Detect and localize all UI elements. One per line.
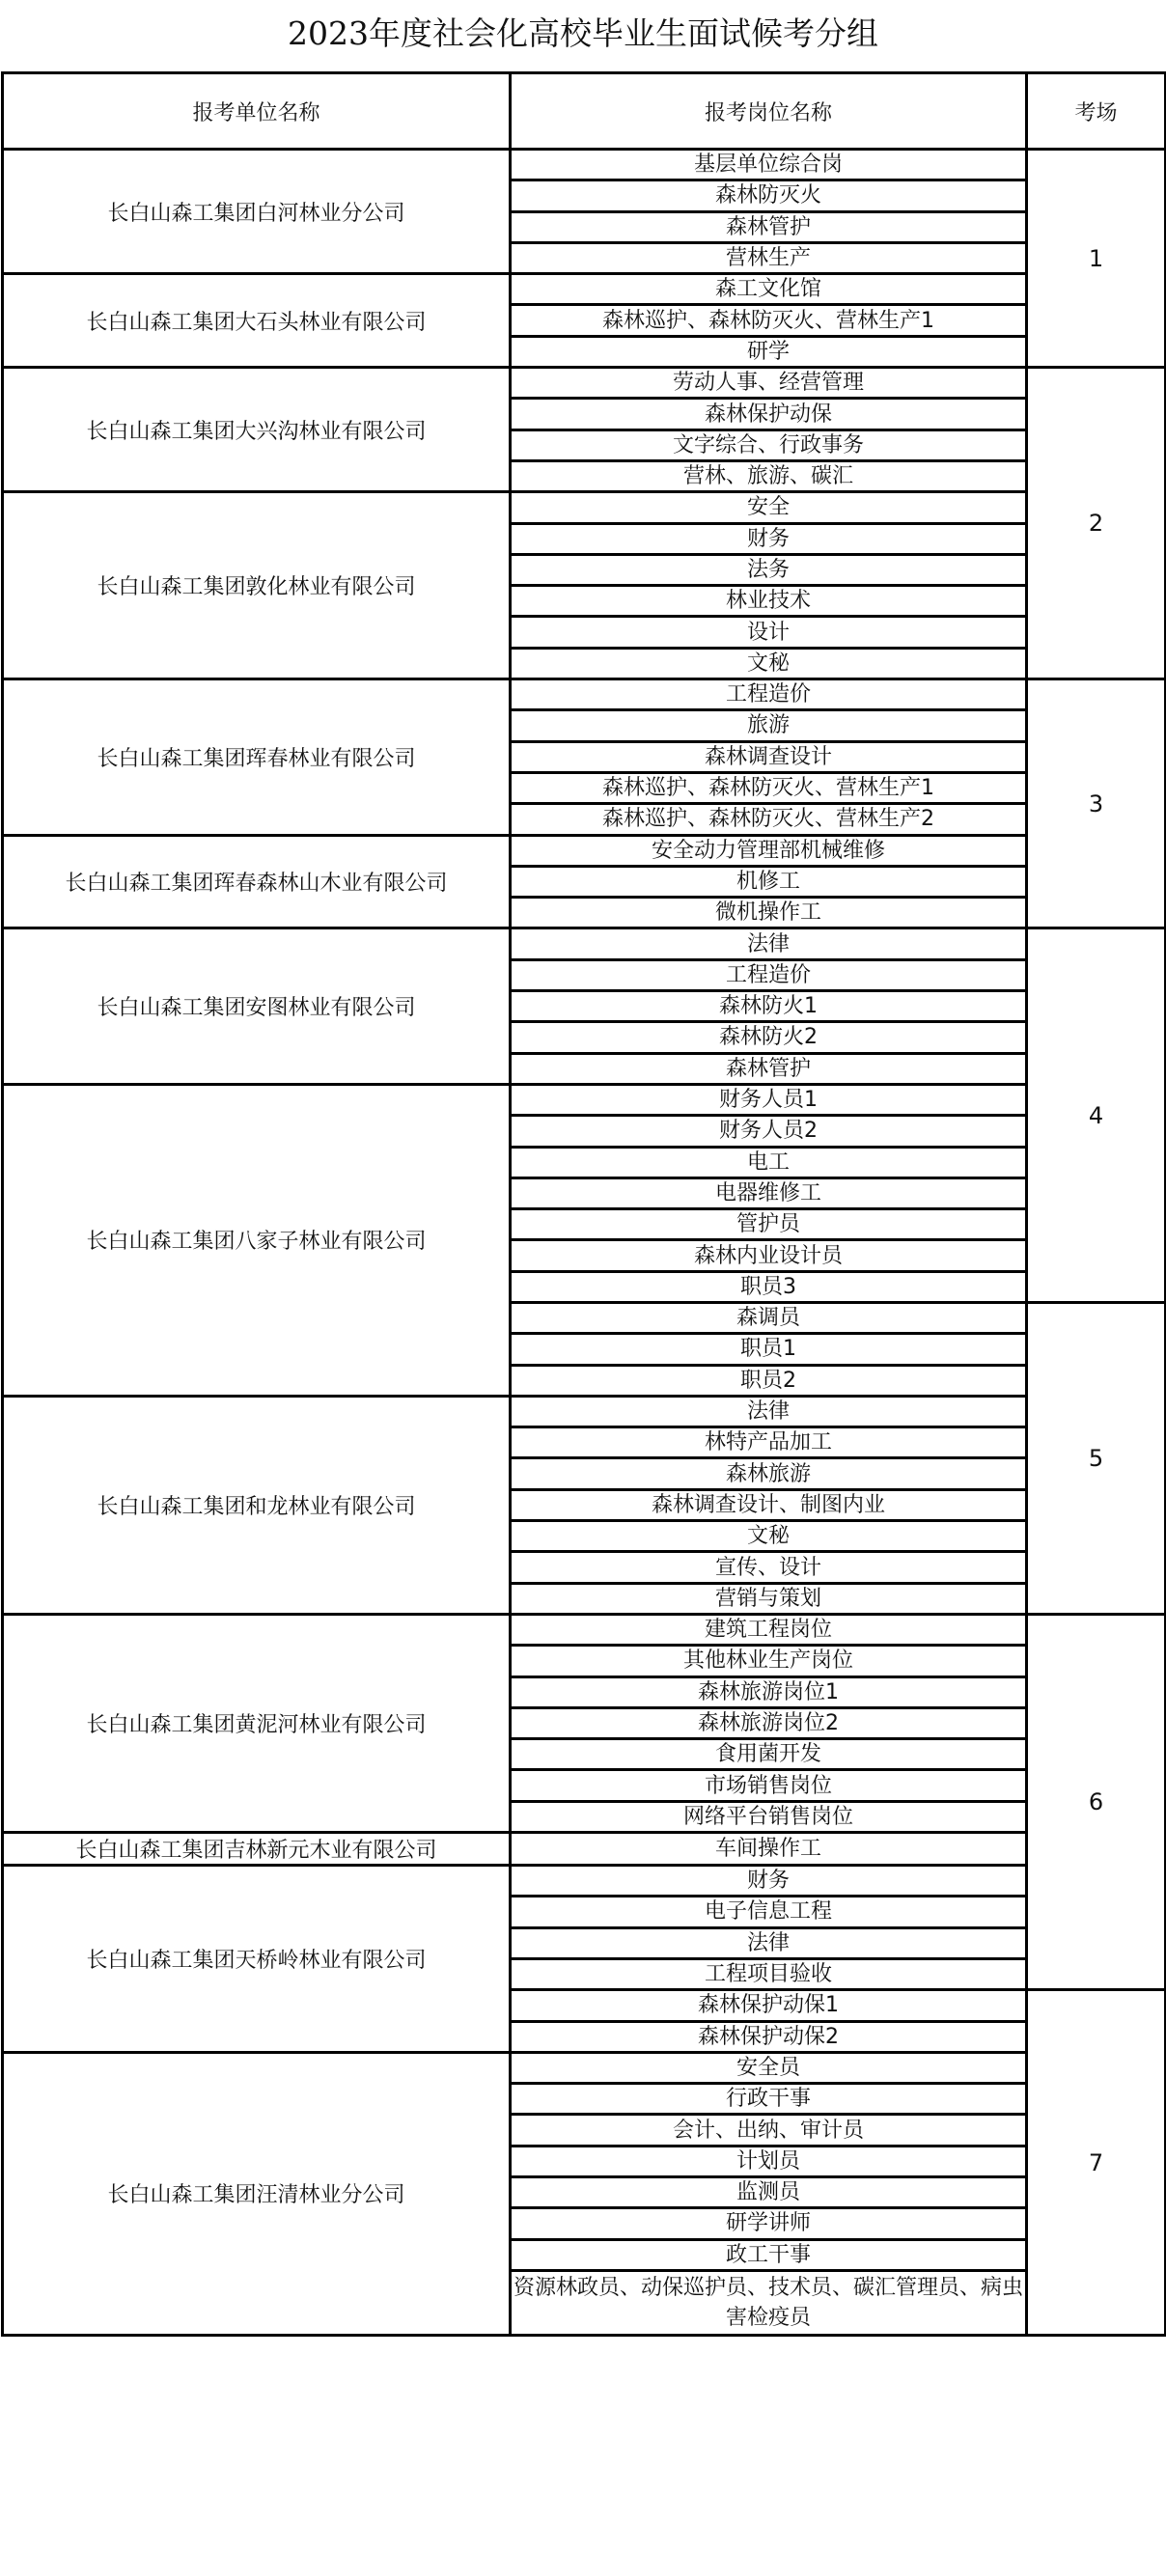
position-name-cell: 安全员 xyxy=(511,2052,1027,2083)
table-row: 长白山森工集团大兴沟林业有限公司劳动人事、经营管理2 xyxy=(3,368,1166,399)
position-name-cell: 森林巡护、森林防灭火、营林生产1 xyxy=(511,305,1027,336)
position-name-cell: 宣传、设计 xyxy=(511,1552,1027,1583)
position-name-cell: 营林、旅游、碳汇 xyxy=(511,460,1027,491)
position-name-cell: 研学 xyxy=(511,336,1027,367)
header-unit: 报考单位名称 xyxy=(3,73,511,150)
unit-name-cell: 长白山森工集团敦化林业有限公司 xyxy=(3,492,511,679)
unit-name-cell: 长白山森工集团汪清林业分公司 xyxy=(3,2052,511,2335)
unit-name-cell: 长白山森工集团安图林业有限公司 xyxy=(3,928,511,1084)
position-name-cell: 会计、出纳、审计员 xyxy=(511,2115,1027,2146)
position-name-cell: 其他林业生产岗位 xyxy=(511,1646,1027,1676)
position-name-cell: 工程项目验收 xyxy=(511,1958,1027,1989)
position-name-cell: 文秘 xyxy=(511,1521,1027,1552)
position-name-cell: 电工 xyxy=(511,1147,1027,1177)
position-name-cell: 森林巡护、森林防灭火、营林生产2 xyxy=(511,804,1027,835)
exam-room-cell: 5 xyxy=(1027,1302,1166,1614)
position-name-cell: 森林防灭火 xyxy=(511,180,1027,211)
position-name-cell: 建筑工程岗位 xyxy=(511,1614,1027,1645)
position-name-cell: 机修工 xyxy=(511,866,1027,897)
position-name-cell: 森林巡护、森林防灭火、营林生产1 xyxy=(511,772,1027,803)
position-name-cell: 职员3 xyxy=(511,1271,1027,1302)
position-name-cell: 森林调查设计、制图内业 xyxy=(511,1489,1027,1520)
position-name-cell: 法律 xyxy=(511,1396,1027,1426)
position-name-cell: 森林旅游岗位1 xyxy=(511,1676,1027,1707)
unit-name-cell: 长白山森工集团和龙林业有限公司 xyxy=(3,1396,511,1614)
position-name-cell: 财务人员2 xyxy=(511,1116,1027,1147)
position-name-cell: 食用菌开发 xyxy=(511,1739,1027,1770)
position-name-cell: 林特产品加工 xyxy=(511,1427,1027,1458)
position-name-cell: 工程造价 xyxy=(511,959,1027,990)
exam-group-table: 报考单位名称 报考岗位名称 考场 长白山森工集团白河林业分公司基层单位综合岗1森… xyxy=(1,71,1166,2337)
header-row: 报考单位名称 报考岗位名称 考场 xyxy=(3,73,1166,150)
position-name-cell: 网络平台销售岗位 xyxy=(511,1801,1027,1832)
position-name-cell: 林业技术 xyxy=(511,586,1027,617)
position-name-cell: 文秘 xyxy=(511,648,1027,679)
table-row: 长白山森工集团天桥岭林业有限公司财务 xyxy=(3,1866,1166,1897)
unit-name-cell: 长白山森工集团吉林新元木业有限公司 xyxy=(3,1833,511,1866)
position-name-cell: 森林保护动保 xyxy=(511,399,1027,429)
position-name-cell: 市场销售岗位 xyxy=(511,1770,1027,1801)
position-name-cell: 法律 xyxy=(511,1927,1027,1958)
position-name-cell: 职员2 xyxy=(511,1365,1027,1396)
position-name-cell: 营销与策划 xyxy=(511,1583,1027,1614)
position-name-cell: 设计 xyxy=(511,617,1027,648)
table-row: 长白山森工集团和龙林业有限公司法律 xyxy=(3,1396,1166,1426)
position-name-cell: 文字综合、行政事务 xyxy=(511,429,1027,460)
unit-name-cell: 长白山森工集团白河林业分公司 xyxy=(3,150,511,274)
position-name-cell: 安全动力管理部机械维修 xyxy=(511,835,1027,866)
position-name-cell: 计划员 xyxy=(511,2146,1027,2176)
position-name-cell: 劳动人事、经营管理 xyxy=(511,368,1027,399)
position-name-cell: 森林防火2 xyxy=(511,1022,1027,1053)
position-name-cell: 微机操作工 xyxy=(511,898,1027,928)
position-name-cell: 资源林政员、动保巡护员、技术员、碳汇管理员、病虫害检疫员 xyxy=(511,2270,1027,2335)
exam-room-cell: 6 xyxy=(1027,1614,1166,1989)
position-name-cell: 基层单位综合岗 xyxy=(511,150,1027,180)
exam-room-cell: 1 xyxy=(1027,150,1166,368)
position-name-cell: 森林内业设计员 xyxy=(511,1240,1027,1271)
exam-room-cell: 7 xyxy=(1027,1990,1166,2336)
table-row: 长白山森工集团汪清林业分公司安全员 xyxy=(3,2052,1166,2083)
table-row: 长白山森工集团大石头林业有限公司森工文化馆 xyxy=(3,274,1166,305)
unit-name-cell: 长白山森工集团黄泥河林业有限公司 xyxy=(3,1614,511,1832)
table-row: 长白山森工集团安图林业有限公司法律4 xyxy=(3,928,1166,959)
position-name-cell: 安全 xyxy=(511,492,1027,523)
table-row: 长白山森工集团白河林业分公司基层单位综合岗1 xyxy=(3,150,1166,180)
position-name-cell: 森工文化馆 xyxy=(511,274,1027,305)
position-name-cell: 法律 xyxy=(511,928,1027,959)
unit-name-cell: 长白山森工集团天桥岭林业有限公司 xyxy=(3,1866,511,2053)
document-title: 2023年度社会化高校毕业生面试候考分组 xyxy=(0,8,1166,60)
position-name-cell: 车间操作工 xyxy=(511,1833,1027,1866)
position-name-cell: 财务 xyxy=(511,1866,1027,1897)
position-name-cell: 营林生产 xyxy=(511,242,1027,273)
position-name-cell: 研学讲师 xyxy=(511,2208,1027,2239)
table-body: 长白山森工集团白河林业分公司基层单位综合岗1森林防灭火森林管护营林生产长白山森工… xyxy=(3,150,1166,2336)
unit-name-cell: 长白山森工集团大石头林业有限公司 xyxy=(3,274,511,368)
exam-room-cell: 3 xyxy=(1027,679,1166,928)
unit-name-cell: 长白山森工集团八家子林业有限公司 xyxy=(3,1084,511,1396)
position-name-cell: 森林旅游岗位2 xyxy=(511,1707,1027,1738)
position-name-cell: 旅游 xyxy=(511,710,1027,741)
table-row: 长白山森工集团黄泥河林业有限公司建筑工程岗位6 xyxy=(3,1614,1166,1645)
unit-name-cell: 长白山森工集团珲春森林山木业有限公司 xyxy=(3,835,511,928)
table-row: 长白山森工集团敦化林业有限公司安全 xyxy=(3,492,1166,523)
position-name-cell: 森林调查设计 xyxy=(511,741,1027,772)
header-room: 考场 xyxy=(1027,73,1166,150)
position-name-cell: 工程造价 xyxy=(511,679,1027,710)
exam-room-cell: 2 xyxy=(1027,368,1166,679)
position-name-cell: 电子信息工程 xyxy=(511,1897,1027,1927)
position-name-cell: 电器维修工 xyxy=(511,1177,1027,1208)
position-name-cell: 森林管护 xyxy=(511,1053,1027,1084)
position-name-cell: 森调员 xyxy=(511,1302,1027,1333)
table-row: 长白山森工集团吉林新元木业有限公司车间操作工 xyxy=(3,1833,1166,1866)
position-name-cell: 法务 xyxy=(511,554,1027,585)
position-name-cell: 政工干事 xyxy=(511,2239,1027,2270)
position-name-cell: 森林旅游 xyxy=(511,1458,1027,1489)
position-name-cell: 职员1 xyxy=(511,1334,1027,1365)
position-name-cell: 行政干事 xyxy=(511,2084,1027,2115)
table-row: 长白山森工集团珲春森林山木业有限公司安全动力管理部机械维修 xyxy=(3,835,1166,866)
header-position: 报考岗位名称 xyxy=(511,73,1027,150)
position-name-cell: 森林管护 xyxy=(511,211,1027,242)
unit-name-cell: 长白山森工集团大兴沟林业有限公司 xyxy=(3,368,511,492)
position-name-cell: 森林防火1 xyxy=(511,991,1027,1022)
table-row: 长白山森工集团珲春林业有限公司工程造价3 xyxy=(3,679,1166,710)
position-name-cell: 森林保护动保1 xyxy=(511,1990,1027,2021)
exam-room-cell: 4 xyxy=(1027,928,1166,1303)
unit-name-cell: 长白山森工集团珲春林业有限公司 xyxy=(3,679,511,835)
position-name-cell: 财务人员1 xyxy=(511,1084,1027,1115)
position-name-cell: 管护员 xyxy=(511,1209,1027,1240)
position-name-cell: 财务 xyxy=(511,523,1027,554)
position-name-cell: 森林保护动保2 xyxy=(511,2021,1027,2052)
position-name-cell: 监测员 xyxy=(511,2177,1027,2208)
table-row: 长白山森工集团八家子林业有限公司财务人员1 xyxy=(3,1084,1166,1115)
